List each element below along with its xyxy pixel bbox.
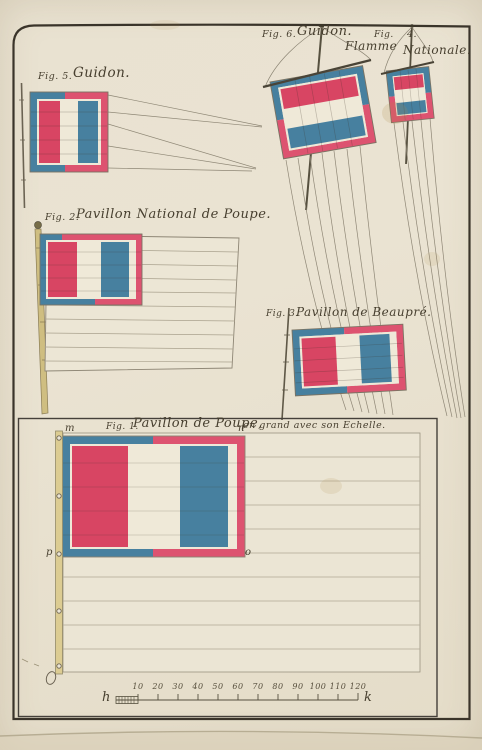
fig1-corner-m: m xyxy=(65,424,75,434)
fig2-pavillon-national xyxy=(35,222,240,415)
fig3-label-fig: Fig. 3. xyxy=(266,310,299,319)
fig1-corner-p: p xyxy=(46,548,53,558)
fig1-label-suffix: en grand avec son Echelle. xyxy=(243,421,386,431)
fig2-label-fig: Fig. 2. xyxy=(45,213,79,223)
fig3-label-name: Pavillon de Beaupré. xyxy=(296,306,431,318)
fig2-label-name: Pavillon National de Poupe. xyxy=(76,208,271,221)
fig1-pavillon-poupe xyxy=(19,419,438,717)
fig6-flag xyxy=(270,66,376,159)
scale-right-letter: k xyxy=(364,691,372,704)
fig5-tails xyxy=(108,95,262,171)
fig4-flag xyxy=(386,67,434,123)
fig4-label-name2: Nationale. xyxy=(403,44,471,56)
fig4-label-name1: Flamme xyxy=(345,40,397,52)
fig5-label-name: Guidon. xyxy=(73,67,130,81)
fig4-label-num: 4. xyxy=(407,30,417,40)
fig6-label-name: Guidon. xyxy=(297,25,352,38)
fig3-pavillon-beaupre xyxy=(282,308,406,420)
fig1-corner-o: o xyxy=(245,548,252,558)
engraved-plate: Fig. 5. Guidon. Fig. 6. Guidon. Fig. 4. … xyxy=(0,0,482,750)
fig6-label-fig: Fig. 6. xyxy=(262,30,296,40)
fig5-label-fig: Fig. 5. xyxy=(38,72,72,82)
scale-bar xyxy=(116,693,358,704)
fig1-corner-n: n xyxy=(238,424,245,434)
fig3-flag xyxy=(292,324,406,396)
scale-left-letter: h xyxy=(102,691,111,704)
page-edge xyxy=(0,659,482,750)
fig5-guidon xyxy=(19,83,262,208)
plate-drawing xyxy=(0,0,482,750)
